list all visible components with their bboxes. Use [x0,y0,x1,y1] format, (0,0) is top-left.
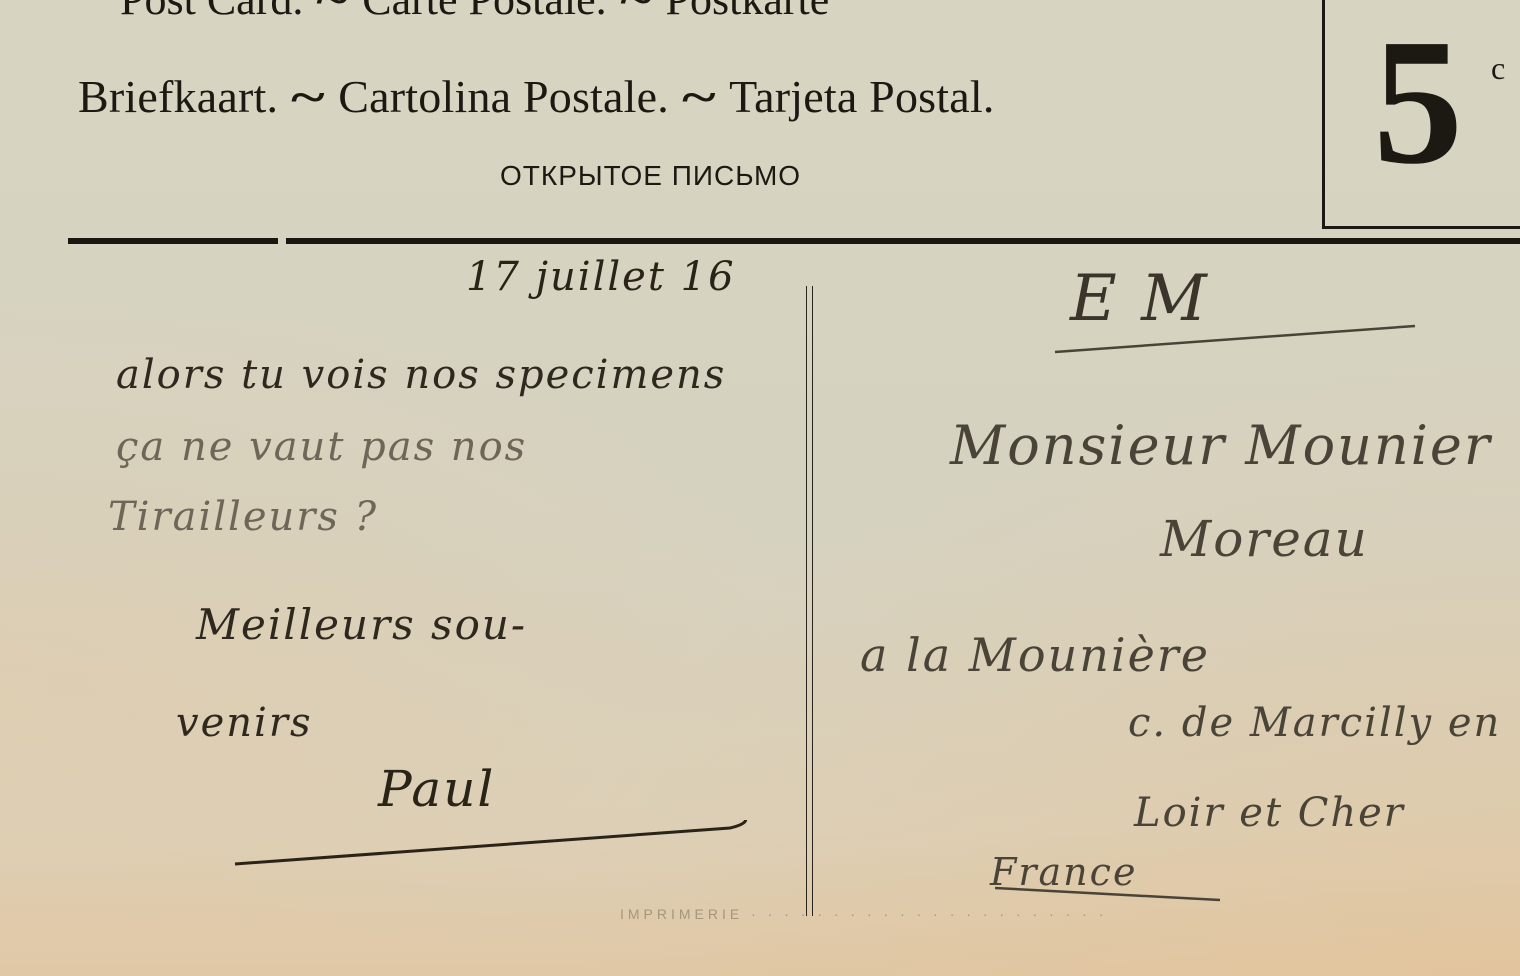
separator-tilde: ~ [682,70,716,123]
header-postkarte: Postkarte [666,0,830,24]
header-rule-right [286,238,1520,244]
address-country-underline-icon [990,884,1230,904]
address-line: Moreau [1160,510,1369,568]
stamp-box: Prix 5 c [1322,0,1520,229]
header-cartolina-postale: Cartolina Postale. [338,71,669,122]
address-line: c. de Marcilly en [1128,700,1501,746]
header-rule-left [68,238,278,244]
header-tarjeta-postal: Tarjeta Postal. [729,71,994,122]
message-line: Meilleurs sou- [196,600,527,649]
message-line: alors tu vois nos specimens [116,352,726,398]
header-line-2: Briefkaart.~Cartolina Postale.~Tarjeta P… [78,70,995,123]
stamp-value: 5 [1373,12,1463,192]
header-briefkaart: Briefkaart. [78,71,278,122]
footer-imprint: IMPRIMERIE · · · · · · · · · · · · · · ·… [620,906,1107,922]
header-carte-postale: Carte Postale. [362,0,606,24]
separator-tilde: ~ [317,0,349,25]
header-post-card: Post Card. [120,0,303,24]
address-line: a la Mounière [860,628,1210,682]
stamp-unit: c [1491,50,1505,87]
separator-tilde: ~ [620,0,652,25]
separator-tilde: ~ [291,70,325,123]
header-line-1: Post Card.~Carte Postale.~Postkarte [120,0,829,25]
header-russian: ОТКРЫТОЕ ПИСЬМО [500,160,801,192]
signature: Paul [378,760,495,818]
message-line: Tirailleurs ? [108,494,378,540]
message-line: ça ne vaut pas nos [116,424,527,470]
address-header-underline-icon [1050,322,1420,356]
signature-flourish-icon [230,820,750,870]
address-line: Monsieur Mounier [950,414,1492,477]
message-date: 17 juillet 16 [466,254,736,300]
address-line: Loir et Cher [1134,790,1405,836]
message-line: venirs [176,700,312,746]
center-divider [806,286,813,916]
